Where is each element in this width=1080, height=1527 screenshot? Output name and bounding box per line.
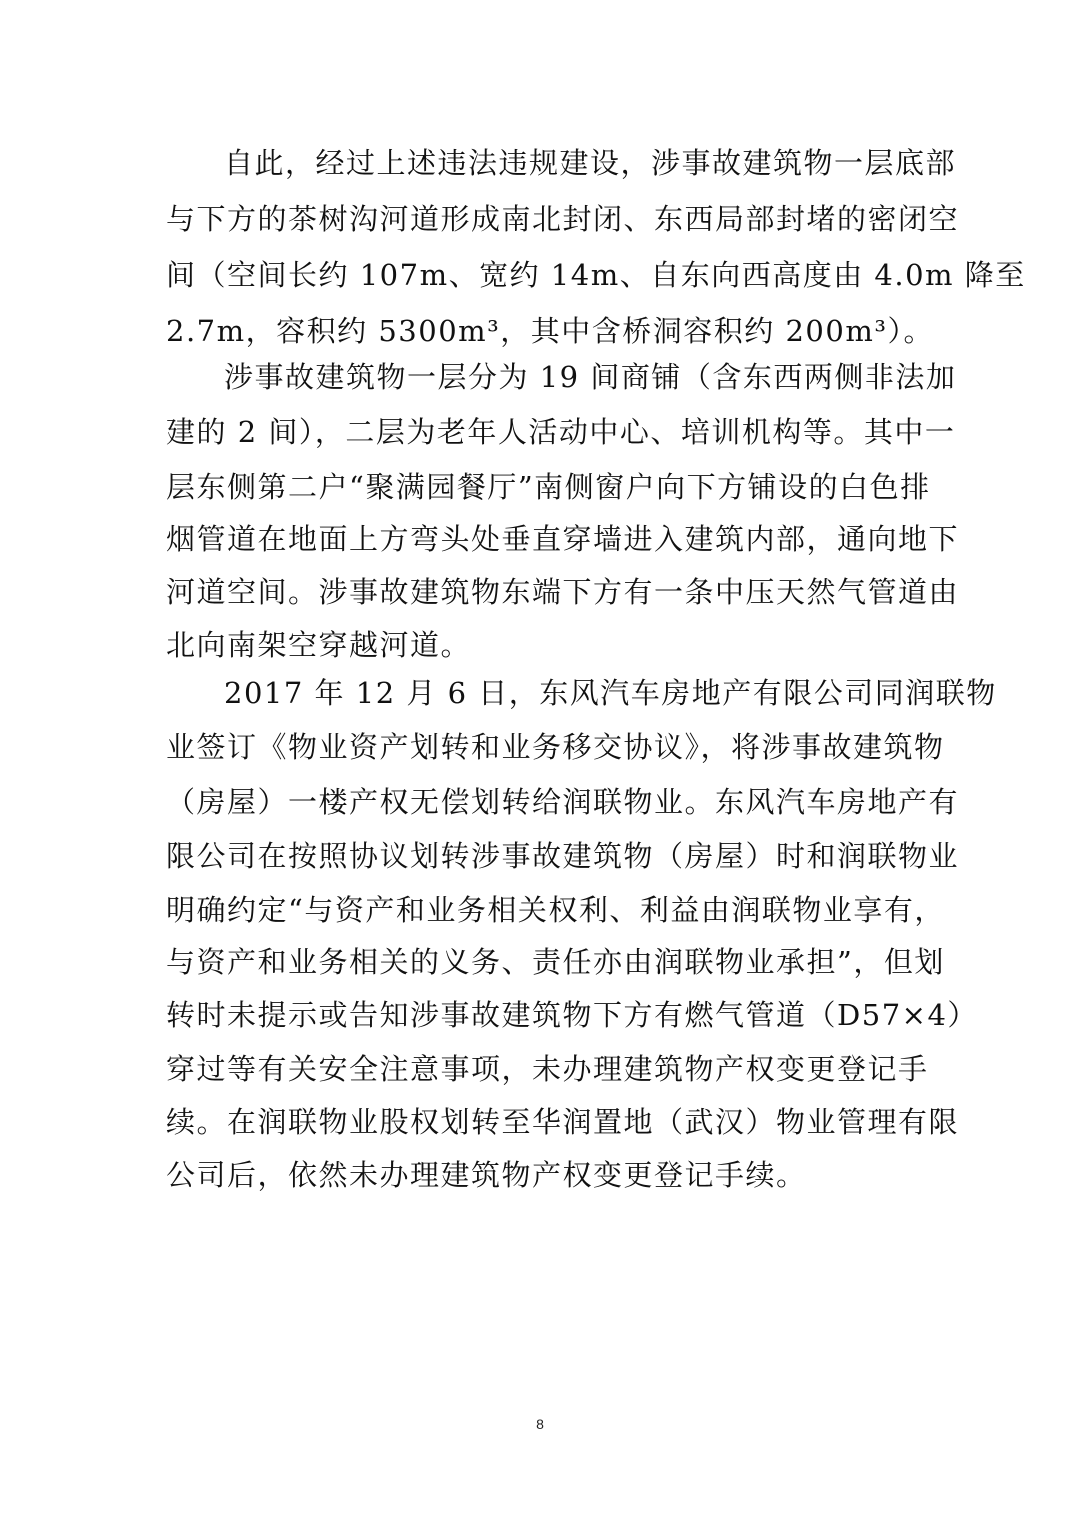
paragraph-3-line-10: 公司后，依然未办理建筑物产权变更登记手续。 bbox=[166, 1157, 916, 1193]
paragraph-2-line-2: 建的 2 间），二层为老年人活动中心、培训机构等。其中一 bbox=[166, 414, 916, 450]
paragraph-3-line-8: 穿过等有关安全注意事项，未办理建筑物产权变更登记手 bbox=[166, 1051, 916, 1087]
paragraph-2-line-4: 烟管道在地面上方弯头处垂直穿墙进入建筑内部，通向地下 bbox=[166, 521, 916, 557]
paragraph-2-line-6: 北向南架空穿越河道。 bbox=[166, 627, 916, 663]
paragraph-3-line-5: 明确约定“与资产和业务相关权利、利益由润联物业享有， bbox=[166, 892, 916, 928]
paragraph-1-line-1: 自此，经过上述违法违规建设，涉事故建筑物一层底部 bbox=[224, 145, 916, 181]
paragraph-1-line-2: 与下方的茶树沟河道形成南北封闭、东西局部封堵的密闭空 bbox=[166, 201, 916, 237]
document-page: 自此，经过上述违法违规建设，涉事故建筑物一层底部 与下方的茶树沟河道形成南北封闭… bbox=[0, 0, 1080, 1527]
page-number: 8 bbox=[0, 1416, 1080, 1432]
paragraph-1-line-4: 2.7m，容积约 5300m³，其中含桥洞容积约 200m³）。 bbox=[166, 313, 916, 349]
paragraph-3-line-1: 2017 年 12 月 6 日，东风汽车房地产有限公司同润联物 bbox=[224, 675, 916, 711]
paragraph-3-line-7: 转时未提示或告知涉事故建筑物下方有燃气管道（D57×4） bbox=[166, 997, 916, 1033]
paragraph-2-line-3: 层东侧第二户“聚满园餐厅”南侧窗户向下方铺设的白色排 bbox=[166, 469, 916, 505]
paragraph-3-line-2: 业签订《物业资产划转和业务移交协议》，将涉事故建筑物 bbox=[166, 729, 916, 765]
paragraph-2-line-5: 河道空间。涉事故建筑物东端下方有一条中压天然气管道由 bbox=[166, 574, 916, 610]
paragraph-3-line-6: 与资产和业务相关的义务、责任亦由润联物业承担”，但划 bbox=[166, 944, 916, 980]
paragraph-2-line-1: 涉事故建筑物一层分为 19 间商铺（含东西两侧非法加 bbox=[224, 359, 916, 395]
paragraph-3-line-4: 限公司在按照协议划转涉事故建筑物（房屋）时和润联物业 bbox=[166, 838, 916, 874]
paragraph-1-line-3: 间（空间长约 107m、宽约 14m、自东向西高度由 4.0m 降至 bbox=[166, 257, 916, 293]
paragraph-3-line-3: （房屋）一楼产权无偿划转给润联物业。东风汽车房地产有 bbox=[166, 784, 916, 820]
paragraph-3-line-9: 续。在润联物业股权划转至华润置地（武汉）物业管理有限 bbox=[166, 1104, 916, 1140]
